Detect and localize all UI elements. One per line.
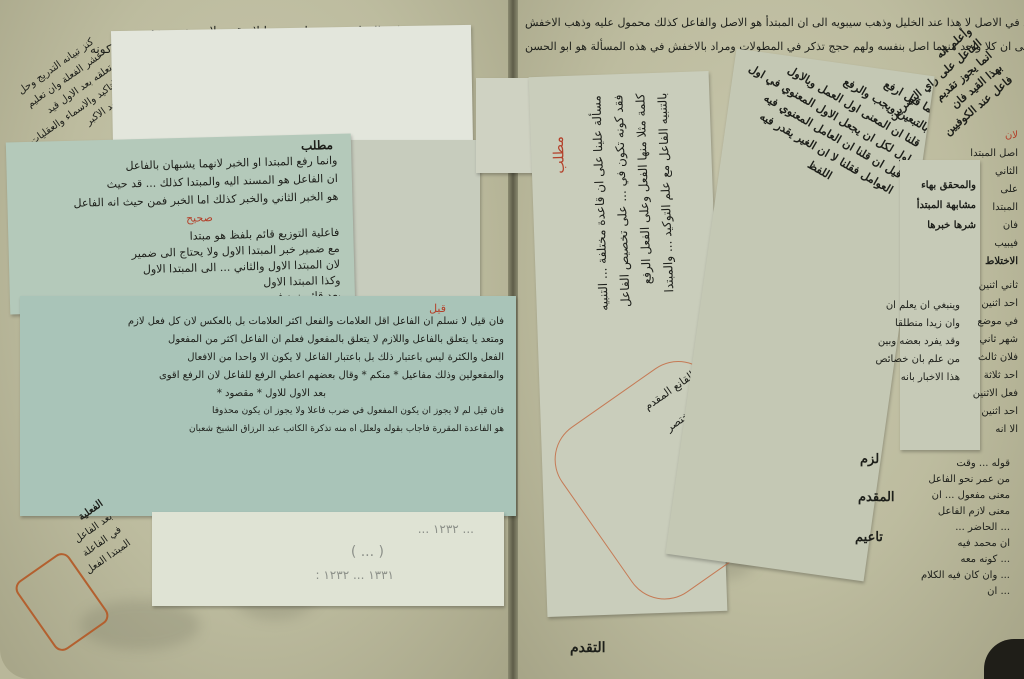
slip-heading: مطلب [301, 138, 333, 153]
margin-line: الا انه [995, 424, 1018, 435]
margin-line: الثاني [995, 166, 1018, 177]
slip-line: هو الفاعدة المقررة فاجاب بقوله ولعلل اه … [189, 424, 504, 434]
slip-line: وكذا المبتدا الاول [263, 274, 341, 289]
slip-line: فان قيل لا نسلم ان الفاعل اقل العلامات و… [128, 316, 504, 327]
rubric-vertical: مطلب [551, 136, 568, 174]
margin-line: احد ثلاثة [984, 370, 1018, 381]
note-line: ... وان كان فيه الكلام [921, 570, 1010, 581]
small-slip-line: والمحقق بهاء [921, 180, 976, 191]
margin-line: على [1000, 184, 1018, 195]
slip-line: الفعل والكثرة ليس باعتبار ذلك بل باعتبار… [187, 352, 504, 363]
margin-line: المبتدا [992, 202, 1018, 213]
note-line: معنى لازم الفاعل [938, 506, 1010, 517]
margin-word: التقدم [570, 640, 605, 656]
margin-word: لزم [860, 452, 879, 467]
slip-line: فان قيل لم لا يجوز ان يكون المفعول في ضر… [212, 406, 504, 416]
rubric-mark: قيل [429, 302, 446, 315]
pencil-note-line: ... ١٢٣٢ ... [418, 522, 474, 536]
blue-annotation-slip: قيل فان قيل لا نسلم ان الفاعل اقل العلام… [20, 296, 516, 516]
slip-line: هو الخبر الثاني والخبر كذلك اما الخبر فم… [73, 190, 338, 210]
slip-line: ان الفاعل هو المسند اليه والمبتدا كذلك .… [107, 172, 338, 191]
slip-line: لان المبتدا الاول والثاني ... الى المبتد… [143, 258, 341, 276]
margin-line: احد اثنين [981, 298, 1018, 309]
margin-line: لان [1005, 130, 1018, 141]
note-line: من علم بان خصائص [875, 354, 960, 365]
pencil-note-line: ( ... ) [351, 544, 384, 560]
small-slip-line: مشابهة المبتدأ [917, 200, 976, 211]
margin-word: المقدم [858, 490, 895, 505]
margin-line: فلان ثالث [978, 352, 1018, 363]
margin-line: ثاني اثنين [979, 280, 1018, 291]
note-line: ان محمد فيه [958, 538, 1010, 549]
right-top-line-1: لان الرفع للفاعل في الاصل لا هذا عند الخ… [525, 16, 1024, 29]
note-line: معنى مفعول ... ان [932, 490, 1010, 501]
pencil-note-line: ١٣٣١ ... ١٢٣٢ : [316, 568, 395, 582]
slip-line: والمفعولين وذلك مفاعيل * منكم * وقال بعض… [159, 370, 504, 381]
tan-paper-slip [345, 140, 480, 305]
margin-line: فعل الاثنين [973, 388, 1018, 399]
note-line: من عمر نحو الفاعل [928, 474, 1010, 485]
margin-word: تاعيم [855, 530, 883, 545]
white-paper-slip-top [111, 25, 473, 151]
slip-line: وانما رفع المبتدا او الخبر لانهما يشبهان… [125, 154, 337, 173]
slip-line: فاعلية التوزيع قائم بلفظ هو مبتدا [189, 226, 339, 243]
margin-line: اصل المبتدا [970, 148, 1018, 159]
white-pencil-slip: ... ١٢٣٢ ... ( ... ) ١٣٣١ ... ١٢٣٢ : [152, 512, 504, 606]
margin-line: فيبيب [994, 238, 1018, 249]
manuscript-photo: لان الفعل ... ومنه او نحو ما لا يبقى ولا… [0, 0, 1024, 679]
rubric-mark: صحيح [186, 211, 213, 225]
note-line: قوله ... وقت [956, 458, 1010, 469]
note-line: هذا الاخبار بانه [901, 372, 960, 383]
slip-line: بعد الاول للاول * مقصود * [217, 388, 326, 399]
margin-line: فان [1003, 220, 1018, 231]
green-annotation-slip: مطلب وانما رفع المبتدا او الخبر لانهما ي… [6, 134, 355, 315]
small-slip-line: شرها خبرها [927, 220, 976, 231]
margin-line: في موضع [977, 316, 1018, 327]
margin-line: الاختلاط [985, 256, 1018, 267]
margin-line: شهر ثاني [979, 334, 1018, 345]
note-line: ... ان [987, 586, 1010, 597]
slip-line: ومتعد يا يتعلق بالفاعل واللازم لا يتعلق … [168, 334, 504, 345]
margin-line: احد اثنين [981, 406, 1018, 417]
note-line: وينبغي ان يعلم ان [886, 300, 960, 311]
note-line: ... كونه معه [960, 554, 1010, 565]
slip-line: مع ضمير خبر المبتدا الاول ولا يحتاج الى … [132, 242, 340, 260]
note-line: وان زيدا منطلقا [895, 318, 960, 329]
note-line: وقد يفرد بعضه وبين [878, 336, 960, 347]
note-line: ... الحاضر ... [955, 522, 1010, 533]
